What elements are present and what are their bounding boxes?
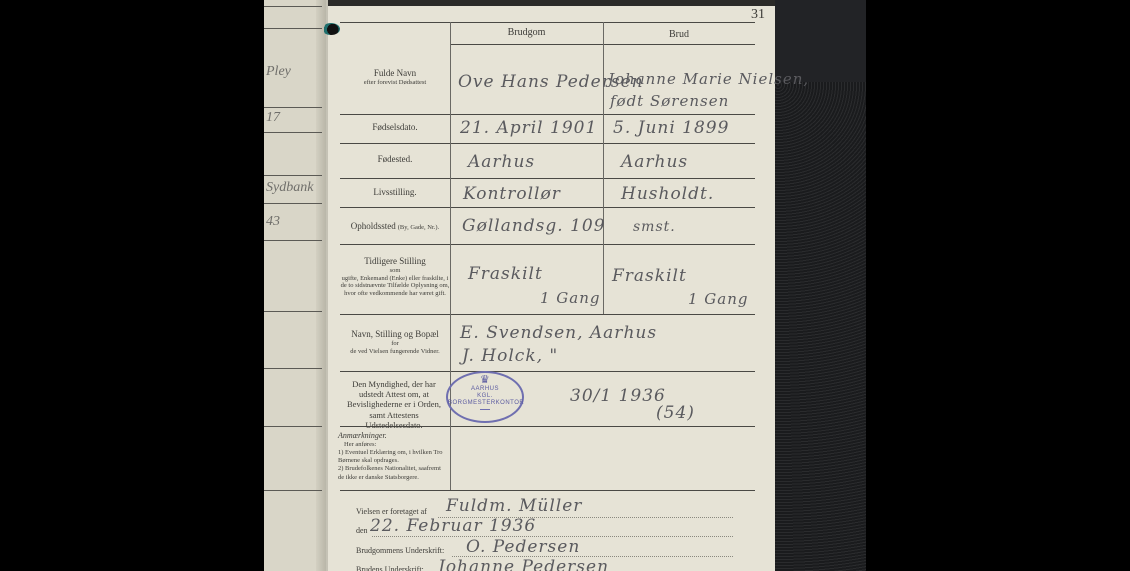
stamp-kgl: KGL. xyxy=(448,393,522,400)
groom-birth-place: Aarhus xyxy=(468,152,535,172)
left-page-text: 17 xyxy=(266,110,280,126)
label-main: Tidligere Stilling xyxy=(340,256,450,267)
remarks-block: Anmærkninger. Her anføres: 1) Eventuel E… xyxy=(338,431,448,482)
stamp-office: BORGMESTERKONTOR xyxy=(448,400,522,407)
groom-occupation: Kontrollør xyxy=(463,184,561,204)
stamp-city: AARHUS xyxy=(448,386,522,393)
label-sub: efter forevist Dødsattest xyxy=(340,79,450,87)
remarks-title: Anmærkninger. xyxy=(338,431,448,441)
left-page-text: Sydbank xyxy=(266,180,313,196)
rule xyxy=(264,490,322,491)
authority-date: 30/1 1936 xyxy=(570,386,666,406)
label-main: Livsstilling. xyxy=(340,187,450,198)
column-header-bride: Brud xyxy=(603,29,755,40)
rule xyxy=(340,244,755,245)
groom-signature-label: Brudgommens Underskrift: xyxy=(356,546,444,555)
bride-full-name-line2: født Sørensen xyxy=(610,92,729,110)
rule xyxy=(340,490,755,491)
rule xyxy=(264,175,322,176)
witness-line2: J. Holck, " xyxy=(462,346,558,366)
label-witnesses: Navn, Stilling og Bopæl for de ved Viels… xyxy=(340,329,450,355)
witness-line1: E. Svendsen, Aarhus xyxy=(460,323,657,343)
label-previous-status: Tidligere Stilling som ugifte, Enkemand … xyxy=(340,256,450,298)
rule xyxy=(340,314,755,315)
rule xyxy=(264,6,322,7)
label-sub: de ved Vielsen fungerende Vidner. xyxy=(340,348,450,356)
label-sub: (By, Gade, Nr.). xyxy=(398,224,439,231)
groom-previous-status-line1: Fraskilt xyxy=(468,264,543,284)
crown-icon: ♛ xyxy=(448,375,522,386)
performed-by-value: Fuldm. Müller xyxy=(446,496,582,516)
performed-by-label: Vielsen er foretaget af xyxy=(356,507,427,516)
stamp-dash xyxy=(480,409,490,410)
binding-hole-icon xyxy=(322,23,340,35)
label-main: Fødselsdato. xyxy=(340,122,450,133)
bride-signature-label: Brudens Underskrift: xyxy=(356,565,424,571)
groom-birth-date: 21. April 1901 xyxy=(460,118,597,138)
label-sub: for xyxy=(340,340,450,348)
rule xyxy=(340,178,755,179)
groom-residence: Gøllandsg. 109 xyxy=(462,216,606,236)
bride-full-name-line1: Johanne Marie Nielsen, xyxy=(608,70,809,88)
label-authority: Den Myndighed, der har udstedt Attest om… xyxy=(342,379,446,430)
date-value: 22. Februar 1936 xyxy=(370,516,536,536)
left-page-text: 43 xyxy=(266,214,280,230)
page-top-edge xyxy=(328,0,775,6)
label-occupation: Livsstilling. xyxy=(340,187,450,198)
label-main: Den Myndighed, der har udstedt Attest om… xyxy=(342,379,446,430)
rule xyxy=(264,311,322,312)
register-page: 31 Brudgom Brud Fulde Navn efter forevis… xyxy=(326,0,775,571)
rule xyxy=(264,107,322,108)
page-number: 31 xyxy=(751,7,765,23)
rule xyxy=(340,371,755,372)
label-main: Navn, Stilling og Bopæl xyxy=(340,329,450,340)
left-page-text: Pley xyxy=(266,64,291,80)
authority-number: (54) xyxy=(656,403,695,423)
authority-stamp: ♛ AARHUS KGL. BORGMESTERKONTOR xyxy=(446,371,524,423)
rule xyxy=(340,143,755,144)
rule xyxy=(340,114,755,115)
label-birth-date: Fødselsdato. xyxy=(340,122,450,133)
rule xyxy=(264,132,322,133)
remarks-item-2: 2) Brudefolkenes Nationalitet, saafremt … xyxy=(338,465,448,481)
column-header-groom: Brudgom xyxy=(450,27,603,38)
rule xyxy=(264,426,322,427)
rule xyxy=(264,203,322,204)
label-sub: ugifte, Enkemand (Enke) eller fraskilte,… xyxy=(340,275,450,298)
rule xyxy=(340,207,755,208)
rule xyxy=(340,22,755,23)
bride-birth-place: Aarhus xyxy=(621,152,688,172)
bride-residence: smst. xyxy=(633,219,676,235)
label-birth-place: Fødested. xyxy=(340,154,450,165)
bride-signature: Johanne Pedersen xyxy=(438,557,609,571)
backdrop-lower xyxy=(775,82,866,571)
remarks-intro: Her anføres: xyxy=(338,441,448,449)
bride-previous-status-line1: Fraskilt xyxy=(612,266,687,286)
label-main: Opholdssted xyxy=(351,221,396,231)
label-sub: som xyxy=(340,267,450,275)
rule xyxy=(264,368,322,369)
date-label: den xyxy=(356,526,368,535)
label-main: Fødested. xyxy=(340,154,450,165)
groom-previous-status-line2: 1 Gang xyxy=(540,289,601,307)
label-main: Fulde Navn xyxy=(340,68,450,79)
label-full-name: Fulde Navn efter forevist Dødsattest xyxy=(340,68,450,87)
groom-signature: O. Pedersen xyxy=(466,537,580,557)
bride-birth-date: 5. Juni 1899 xyxy=(613,118,729,138)
bride-previous-status-line2: 1 Gang xyxy=(688,290,749,308)
rule xyxy=(264,28,322,29)
left-page-fragment: Pley 17 Sydbank 43 xyxy=(264,0,326,571)
rule xyxy=(603,22,604,314)
rule xyxy=(264,240,322,241)
rule xyxy=(450,22,451,490)
book-gutter xyxy=(316,0,326,571)
bride-occupation: Husholdt. xyxy=(621,184,714,204)
label-residence: Opholdssted (By, Gade, Nr.). xyxy=(340,221,450,232)
remarks-item-1: 1) Eventuel Erklæring om, i hvilken Tro … xyxy=(338,449,448,465)
